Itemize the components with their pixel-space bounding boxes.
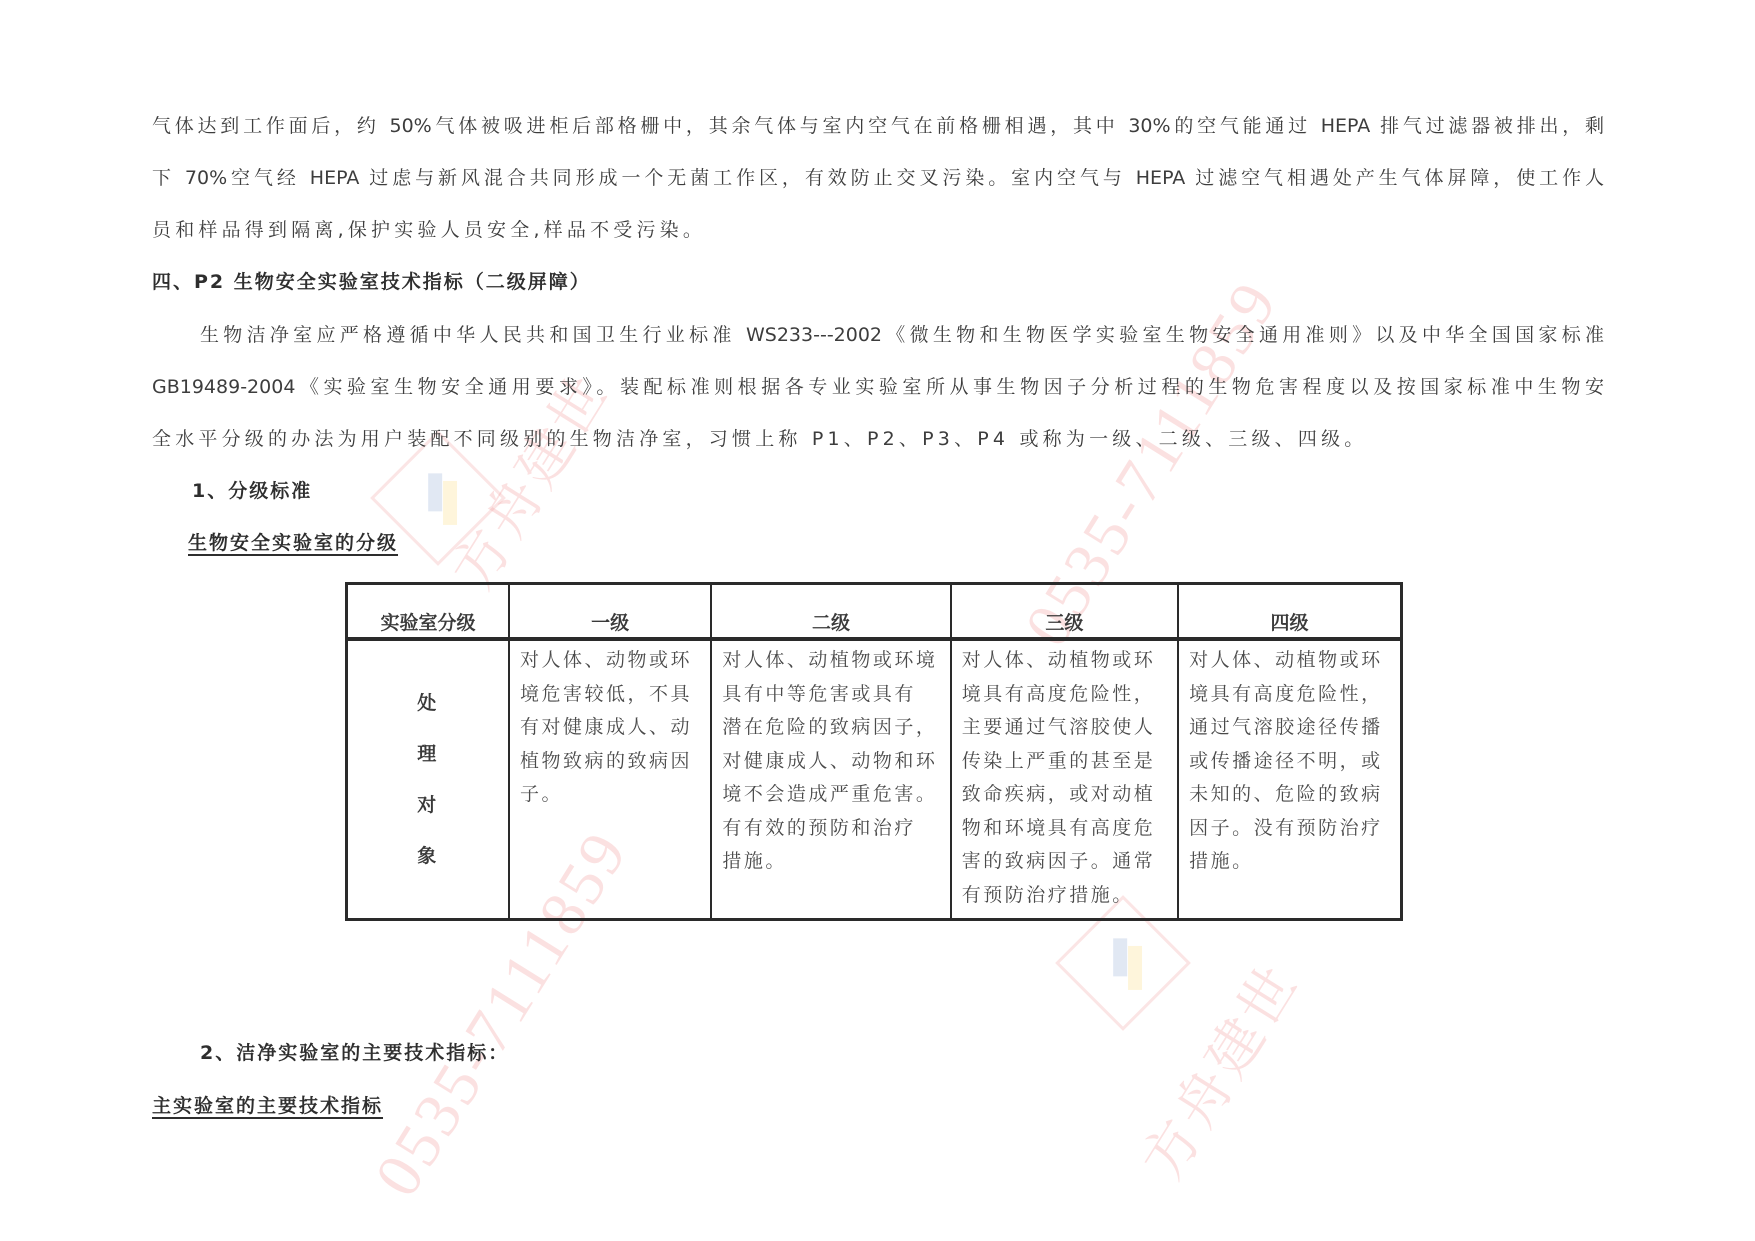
subsection-heading: 2、洁净实验室的主要技术指标： (200, 1040, 1652, 1066)
cell-line: 因子。没有预防治疗 (1189, 812, 1390, 846)
cell-line: 通过气溶胶途径传播 (1189, 711, 1390, 745)
row-header: 处 理 对 象 (347, 639, 509, 920)
paragraph-line: 下 70%空气经 HEPA 过虑与新风混合共同形成一个无菌工作区，有效防止交叉污… (152, 165, 1604, 191)
cell-line: 对人体、动植物或环境 (722, 644, 939, 678)
table-header-row: 实验室分级 一级 二级 三级 四级 (347, 584, 1402, 640)
table-cell-level-4: 对人体、动植物或环 境具有高度危险性， 通过气溶胶途径传播 或传播途径不明，或 … (1178, 639, 1401, 920)
cell-line: 对健康成人、动物和环 (722, 745, 939, 779)
table-caption: 主实验室的主要技术指标 (152, 1093, 1604, 1119)
cell-line: 物和环境具有高度危 (962, 812, 1167, 846)
paragraph-line: 全水平分级的办法为用户装配不同级别的生物洁净室，习惯上称 P1、P2、P3、P4… (152, 426, 1604, 452)
cell-line: 致命疾病，或对动植 (962, 778, 1167, 812)
cell-line: 传染上严重的甚至是 (962, 745, 1167, 779)
table-cell-level-1: 对人体、动物或环 境危害较低，不具 有对健康成人、动 植物致病的致病因 子。 (509, 639, 711, 920)
cell-line: 有有效的预防和治疗 (722, 812, 939, 846)
table-caption: 生物安全实验室的分级 (188, 530, 1640, 556)
paragraph-line: 气体达到工作面后，约 50%气体被吸进柜后部格栅中，其余气体与室内空气在前格栅相… (152, 113, 1604, 139)
row-header-char: 象 (348, 831, 508, 882)
cell-line: 境具有高度危险性， (962, 678, 1167, 712)
cell-line: 主要通过气溶胶使人 (962, 711, 1167, 745)
table-header: 一级 (509, 584, 711, 640)
table-header: 实验室分级 (347, 584, 509, 640)
paragraph-line: 生物洁净室应严格遵循中华人民共和国卫生行业标准 WS233---2002《微生物… (200, 322, 1604, 348)
paragraph-line: 员和样品得到隔离,保护实验人员安全,样品不受污染。 (152, 217, 1604, 243)
cell-line: 境具有高度危险性， (1189, 678, 1390, 712)
cell-line: 子。 (520, 778, 700, 812)
section-heading: 四、P2 生物安全实验室技术指标（二级屏障） (152, 269, 1604, 295)
cell-line: 潜在危险的致病因子， (722, 711, 939, 745)
cell-line: 具有中等危害或具有 (722, 678, 939, 712)
table-cell-level-3: 对人体、动植物或环 境具有高度危险性， 主要通过气溶胶使人 传染上严重的甚至是 … (951, 639, 1178, 920)
row-header-char: 对 (348, 780, 508, 831)
cell-line: 对人体、动植物或环 (962, 644, 1167, 678)
cell-line: 有预防治疗措施。 (962, 879, 1167, 913)
cell-line: 害的致病因子。通常 (962, 845, 1167, 879)
cell-line: 植物致病的致病因 (520, 745, 700, 779)
watermark-company: 方舟建世 (1120, 946, 1315, 1192)
paragraph-line: GB19489-2004《实验室生物安全通用要求》。装配标准则根据各专业实验室所… (152, 374, 1604, 400)
cell-line: 有对健康成人、动 (520, 711, 700, 745)
biosafety-grade-table: 实验室分级 一级 二级 三级 四级 处 理 对 象 对人体、动物或环 境危害较低… (345, 582, 1403, 921)
table-row: 处 理 对 象 对人体、动物或环 境危害较低，不具 有对健康成人、动 植物致病的… (347, 639, 1402, 920)
table-header: 四级 (1178, 584, 1401, 640)
cell-line: 境不会造成严重危害。 (722, 778, 939, 812)
cell-line: 对人体、动植物或环 (1189, 644, 1390, 678)
table-cell-level-2: 对人体、动植物或环境 具有中等危害或具有 潜在危险的致病因子， 对健康成人、动物… (711, 639, 950, 920)
subsection-heading: 1、分级标准 (192, 478, 1644, 504)
table-header: 二级 (711, 584, 950, 640)
cell-line: 或传播途径不明，或 (1189, 745, 1390, 779)
cell-line: 境危害较低，不具 (520, 678, 700, 712)
cell-line: 措施。 (1189, 845, 1390, 879)
cell-line: 措施。 (722, 845, 939, 879)
row-header-char: 理 (348, 729, 508, 780)
cell-line: 未知的、危险的致病 (1189, 778, 1390, 812)
table-header: 三级 (951, 584, 1178, 640)
row-header-char: 处 (348, 678, 508, 729)
cell-line: 对人体、动物或环 (520, 644, 700, 678)
